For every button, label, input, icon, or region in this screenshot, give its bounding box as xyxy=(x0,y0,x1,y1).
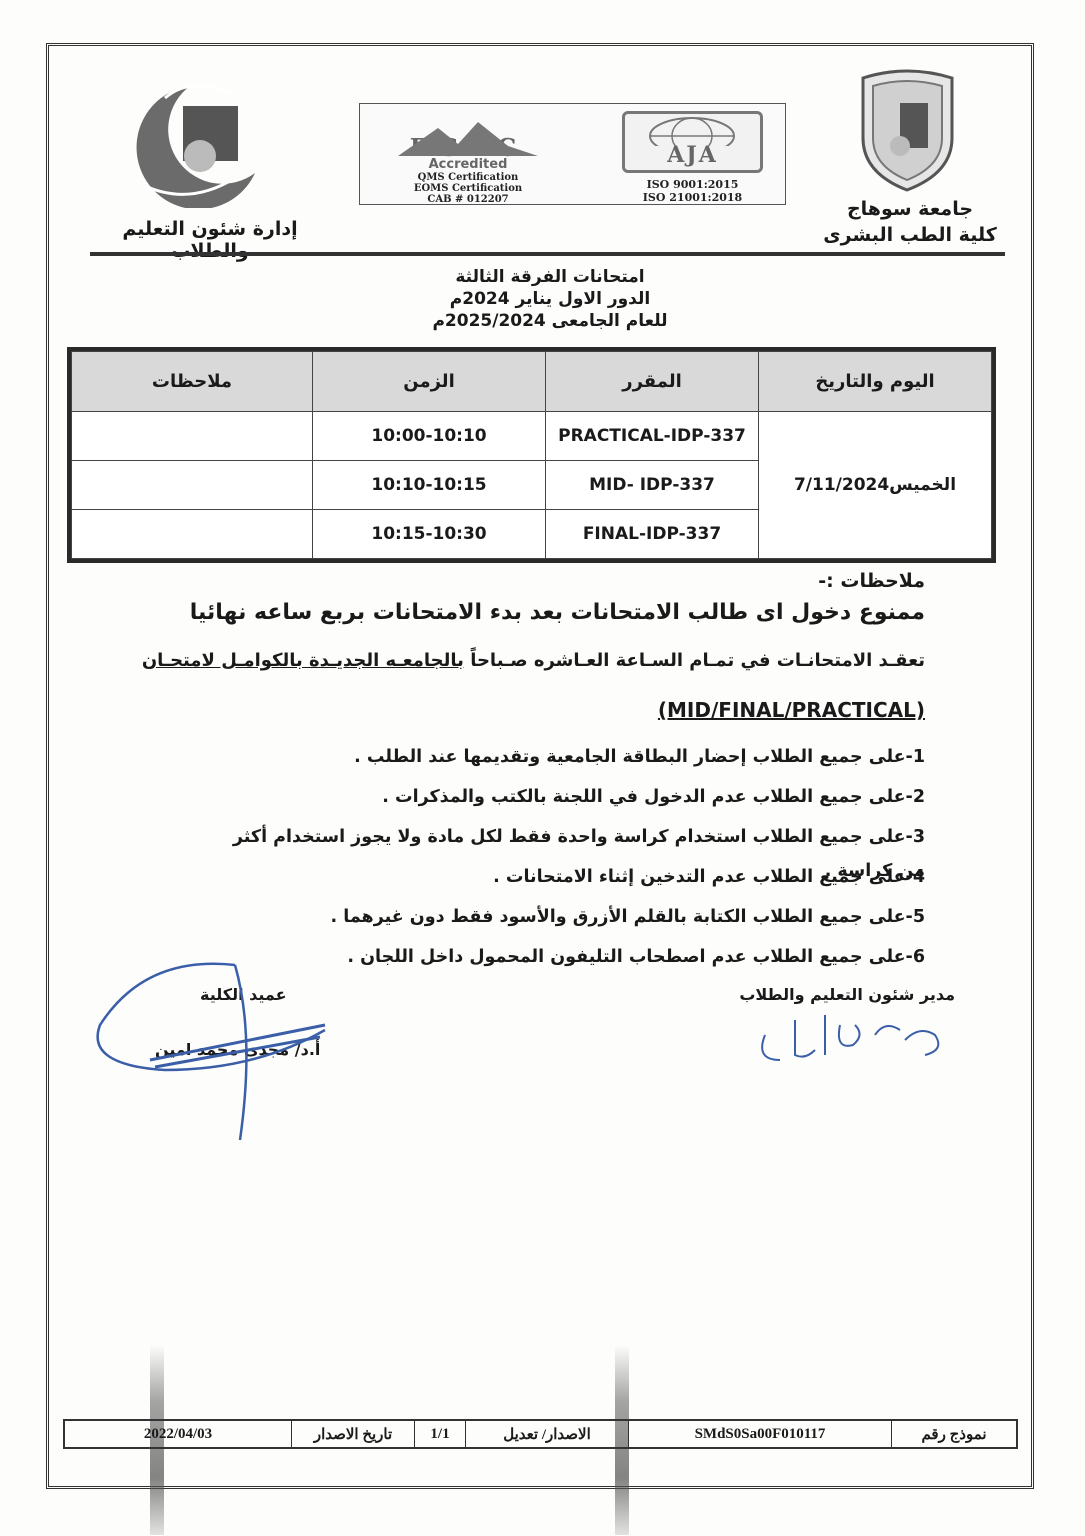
aja-title: AJA xyxy=(625,142,760,168)
title-line: امتحانات الفرقة الثالثة xyxy=(380,266,720,288)
rule-item: 5-على جميع الطلاب الكتابة بالقلم الأزرق … xyxy=(205,900,925,940)
form-footer: نموذج رقم SMdS0Sa00F010117 الاصدار/ تعدي… xyxy=(63,1419,1018,1449)
faculty-medicine-logo-icon xyxy=(105,78,275,208)
late-entry-note: ممنوع دخول اى طالب الامتحانات بعد بدء ال… xyxy=(190,600,925,625)
document-title: امتحانات الفرقة الثالثة الدور الاول يناي… xyxy=(380,266,720,332)
egac-line: CAB # 012207 xyxy=(368,194,568,205)
dean-title: عميد الكلية xyxy=(200,985,287,1004)
venue-prefix: تعقـد الامتحانـات في تمـام السـاعة العـا… xyxy=(464,650,925,671)
time-cell: 10:15-10:30 xyxy=(313,510,546,559)
egac-mountain-icon xyxy=(398,116,538,156)
rule-item: 4-على جميع الطلاب عدم التدخين إثناء الام… xyxy=(205,860,925,900)
rule-item: 1-على جميع الطلاب إحضار البطاقة الجامعية… xyxy=(205,740,925,780)
certification-box: EGAC Accredited QMS Certification EOMS C… xyxy=(359,103,786,205)
table-header-row: اليوم والتاريخ المقرر الزمن ملاحظات xyxy=(72,352,992,412)
header-course: المقرر xyxy=(546,352,759,412)
rule-item: 6-على جميع الطلاب عدم اصطحاب التليفون ال… xyxy=(205,940,925,980)
egac-certification: EGAC Accredited QMS Certification EOMS C… xyxy=(368,108,568,200)
issue-date: 2022/04/03 xyxy=(65,1421,292,1448)
iso-line: ISO 9001:2015 xyxy=(605,178,780,191)
table-row: الخميس7/11/2024 PRACTICAL-IDP-337 10:00-… xyxy=(72,412,992,461)
university-name: جامعة سوهاج xyxy=(820,196,1000,222)
rules-list: 1-على جميع الطلاب إحضار البطاقة الجامعية… xyxy=(205,740,925,980)
course-cell: MID- IDP-337 xyxy=(546,461,759,510)
exam-schedule-table: اليوم والتاريخ المقرر الزمن ملاحظات الخم… xyxy=(67,347,996,563)
iso-line: ISO 21001:2018 xyxy=(605,191,780,204)
version-value: 1/1 xyxy=(415,1421,466,1448)
university-name-block: جامعة سوهاج كلية الطب البشرى xyxy=(820,196,1000,248)
issue-date-label: تاريخ الاصدار xyxy=(292,1421,415,1448)
course-cell: PRACTICAL-IDP-337 xyxy=(546,412,759,461)
notes-cell xyxy=(72,510,313,559)
header-divider xyxy=(90,252,1005,256)
aja-certification: AJA ISO 9001:2015 ISO 21001:2018 xyxy=(605,108,780,200)
dean-name: أ.د/ مجدى محمد امين xyxy=(155,1040,320,1059)
form-number: SMdS0Sa00F010117 xyxy=(629,1421,892,1448)
egac-line: QMS Certification xyxy=(368,172,568,183)
notes-heading: ملاحظات :- xyxy=(818,570,925,592)
form-number-label: نموذج رقم xyxy=(892,1421,1017,1448)
egac-line: EOMS Certification xyxy=(368,183,568,194)
header-day-date: اليوم والتاريخ xyxy=(759,352,992,412)
time-cell: 10:00-10:10 xyxy=(313,412,546,461)
rule-item: 3-على جميع الطلاب استخدام كراسة واحدة فق… xyxy=(205,820,925,860)
notes-cell xyxy=(72,461,313,510)
venue-underlined: بالجامعـه الجديـدة بالكوامـل لامتحـان xyxy=(142,650,464,671)
faculty-name: كلية الطب البشرى xyxy=(820,222,1000,248)
version-label: الاصدار/ تعديل xyxy=(466,1421,629,1448)
exam-types: (MID/FINAL/PRACTICAL) xyxy=(658,698,925,722)
title-line: الدور الاول يناير 2024م xyxy=(380,288,720,310)
notes-cell xyxy=(72,412,313,461)
aja-globe-icon: AJA xyxy=(622,111,763,173)
course-cell: FINAL-IDP-337 xyxy=(546,510,759,559)
title-line: للعام الجامعى 2025/2024م xyxy=(380,310,720,332)
venue-note: تعقـد الامتحانـات في تمـام السـاعة العـا… xyxy=(142,650,925,671)
header-time: الزمن xyxy=(313,352,546,412)
sohag-university-crest-icon xyxy=(855,68,960,193)
header-notes: ملاحظات xyxy=(72,352,313,412)
director-title: مدير شئون التعليم والطلاب xyxy=(739,985,955,1004)
egac-subtitle: Accredited xyxy=(368,158,568,172)
day-date-cell: الخميس7/11/2024 xyxy=(759,412,992,559)
time-cell: 10:10-10:15 xyxy=(313,461,546,510)
rule-item: 2-على جميع الطلاب عدم الدخول في اللجنة ب… xyxy=(205,780,925,820)
